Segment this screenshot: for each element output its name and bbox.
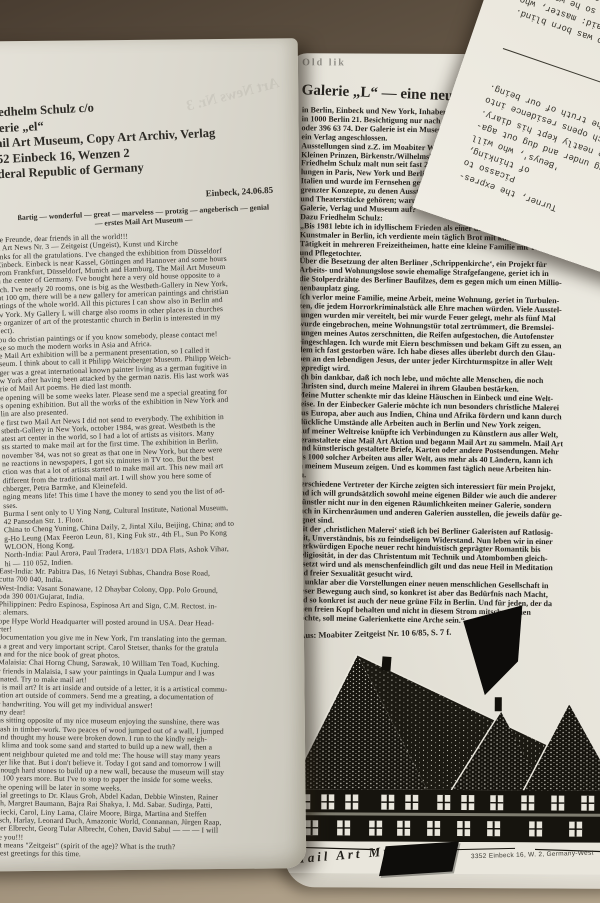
letter-body-upper: be Freunde, dear friends in all the worl… bbox=[0, 228, 301, 568]
black-redaction-mark bbox=[379, 842, 459, 877]
overturned-text-lower: who was born blind. nd said: master, who… bbox=[514, 0, 600, 104]
photo-of-documents: { "scene": { "description": "Photograph … bbox=[0, 0, 600, 903]
black-ink-shape bbox=[463, 605, 522, 695]
sender-address-block: iedhelm Schulz c/o lerie „el“ ail Art Mu… bbox=[0, 91, 294, 183]
galerie-heading-main: Galerie „L“ — eine neue bbox=[301, 82, 464, 104]
letter-page: Art News Nr. 3 iedhelm Schulz c/o lerie … bbox=[0, 38, 306, 872]
letter-body-lower: East-India: Mr. Pabitra Das, 16 Netayi S… bbox=[0, 568, 295, 861]
house-woodcut-illustration bbox=[285, 598, 600, 875]
